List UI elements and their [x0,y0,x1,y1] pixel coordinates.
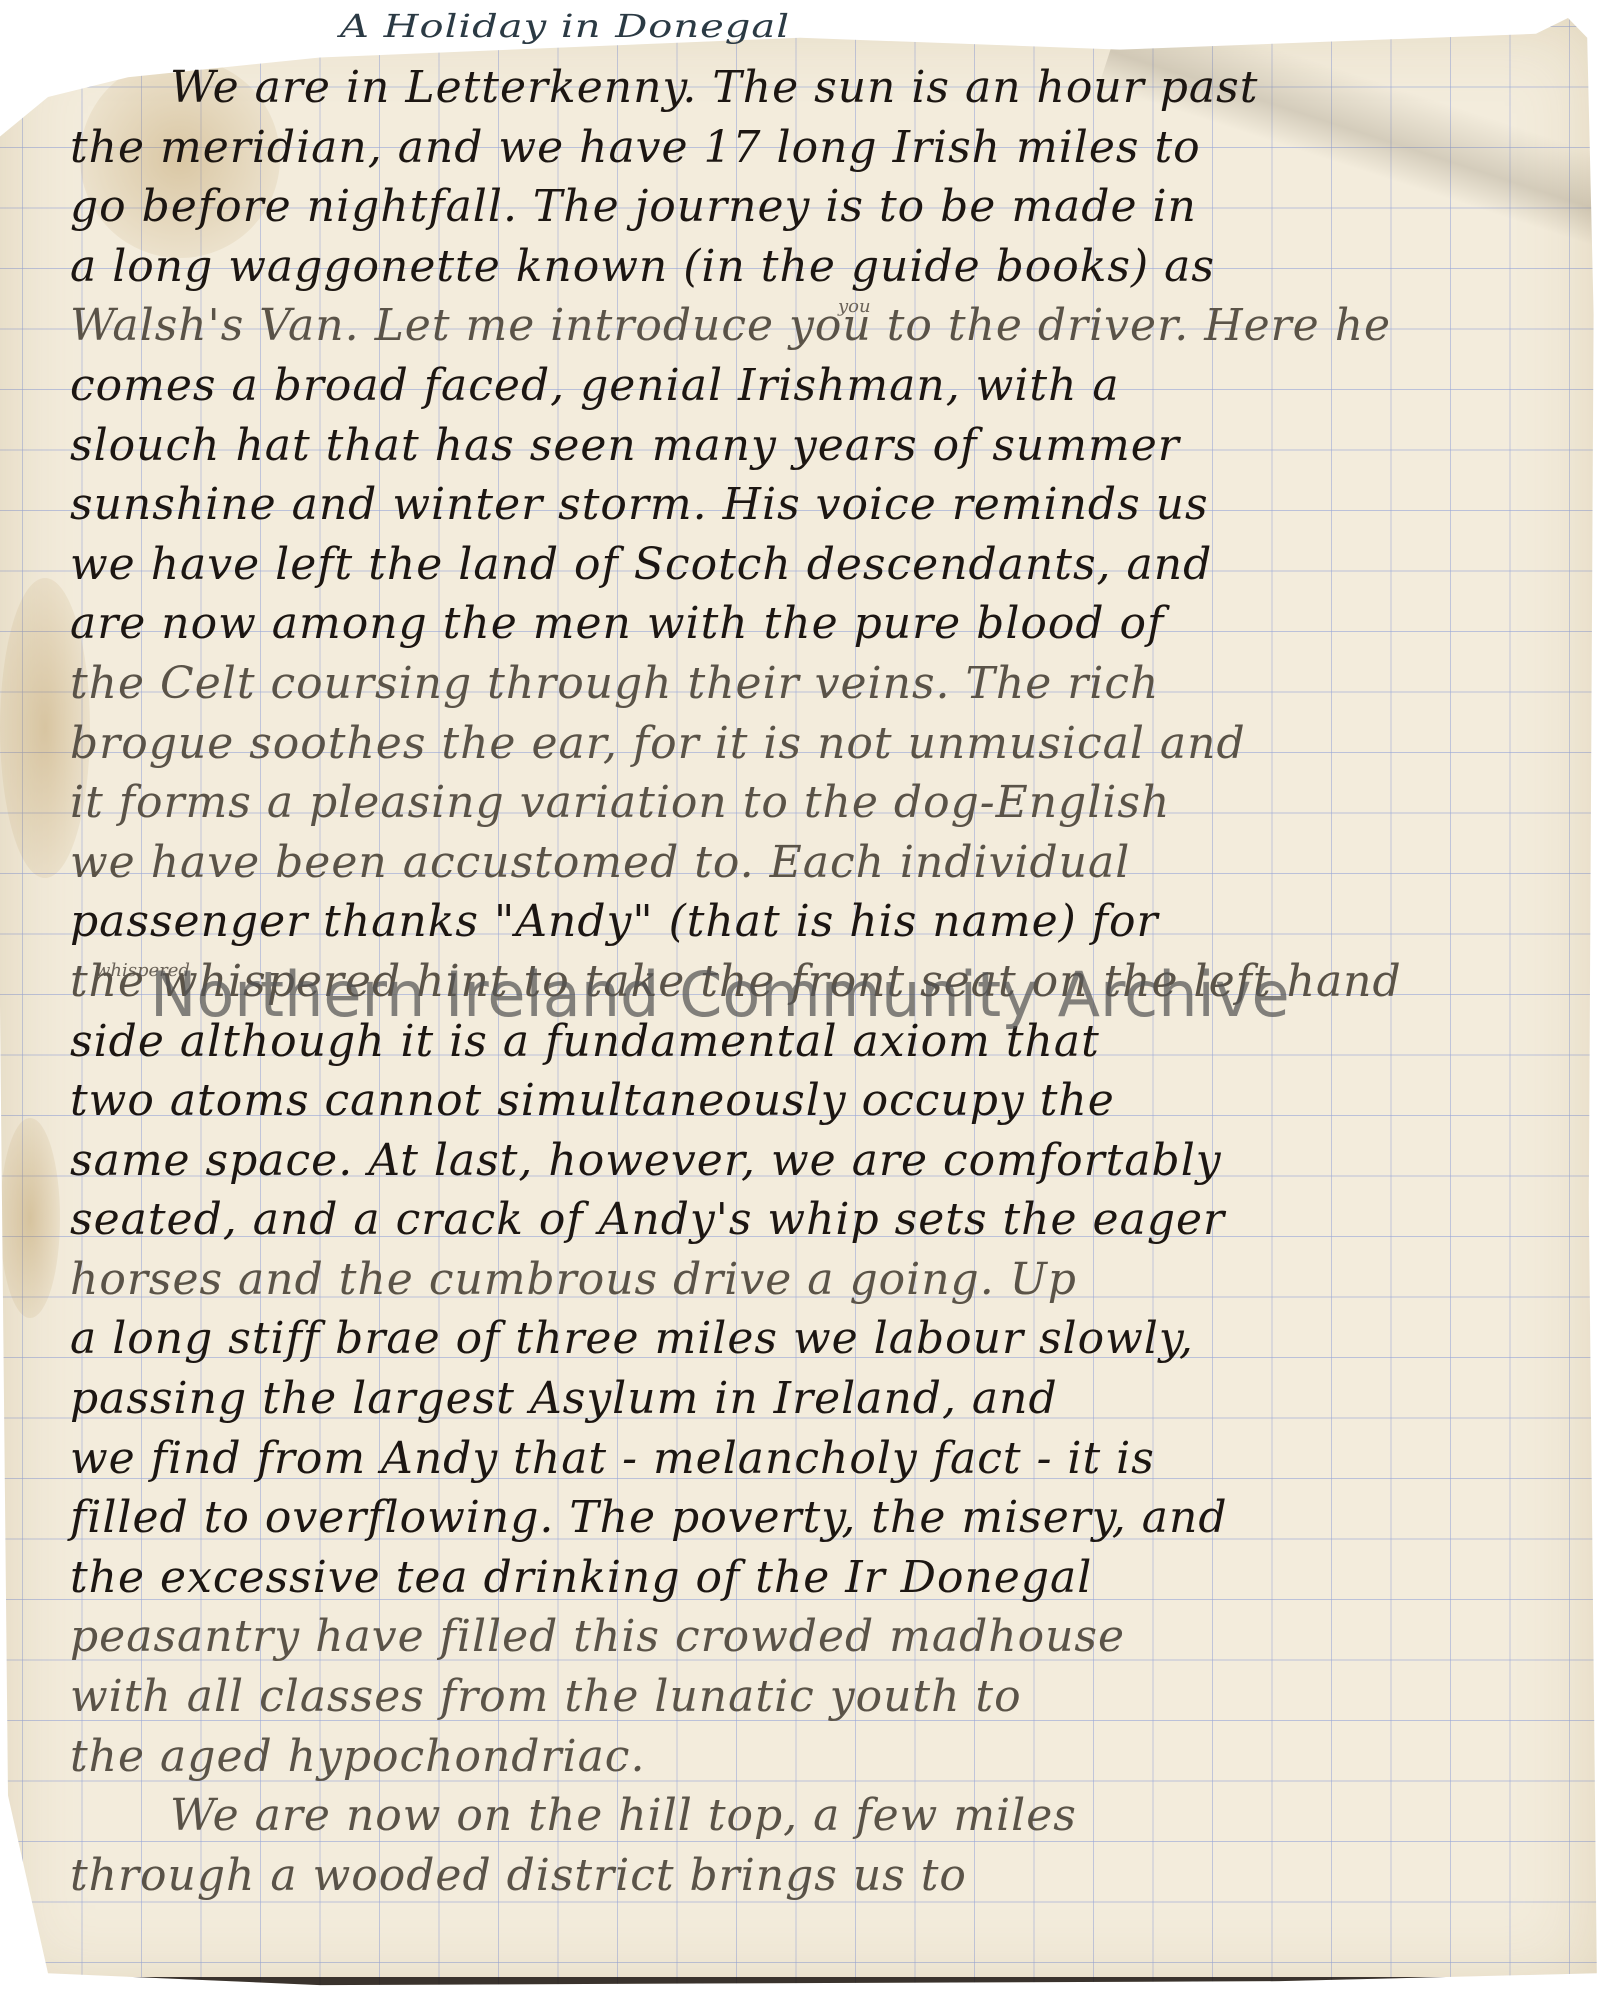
text-line: We are now on the hill top, a few miles [70,1786,1590,1846]
text-line: brogue soothes the ear, for it is not un… [70,714,1590,774]
text-line: the Celt coursing through their veins. T… [70,654,1590,714]
stain [0,1118,60,1318]
text-line: a long stiff brae of three miles we labo… [70,1309,1590,1369]
document-title: A Holiday in Donegal [340,8,790,45]
text-line: same space. At last, however, we are com… [70,1131,1590,1191]
text-line: sunshine and winter storm. His voice rem… [70,475,1590,535]
text-line: go before nightfall. The journey is to b… [70,177,1590,237]
text-line: we have been accustomed to. Each individ… [70,833,1590,893]
text-line: passenger thanks "Andy" (that is his nam… [70,892,1590,952]
text-line: comes a broad faced, genial Irishman, wi… [70,356,1590,416]
text-line: Walsh's Van. Let me introduce you to the… [70,296,1590,356]
text-line: are now among the men with the pure bloo… [70,594,1590,654]
text-line: two atoms cannot simultaneously occupy t… [70,1071,1590,1131]
text-line: slouch hat that has seen many years of s… [70,416,1590,476]
text-line: filled to overflowing. The poverty, the … [70,1488,1590,1548]
text-line: seated, and a crack of Andy's whip sets … [70,1190,1590,1250]
text-line: passing the largest Asylum in Ireland, a… [70,1369,1590,1429]
text-line: We are in Letterkenny. The sun is an hou… [70,58,1590,118]
text-line: through a wooded district brings us to [70,1846,1590,1906]
archive-watermark: Northern Ireland Community Archive [150,958,1290,1031]
text-line: the meridian, and we have 17 long Irish … [70,118,1590,178]
text-line: horses and the cumbrous drive a going. U… [70,1250,1590,1310]
text-line: a long waggonette known (in the guide bo… [70,237,1590,297]
text-line: the excessive tea drinking of the Ir Don… [70,1548,1590,1608]
text-line: we find from Andy that - melancholy fact… [70,1429,1590,1489]
text-line: the aged hypochondriac. [70,1727,1590,1787]
burnt-edge [10,1977,1540,1987]
text-line: we have left the land of Scotch descenda… [70,535,1590,595]
text-line: peasantry have filled this crowded madho… [70,1607,1590,1667]
text-line: it forms a pleasing variation to the dog… [70,773,1590,833]
text-line: with all classes from the lunatic youth … [70,1667,1590,1727]
